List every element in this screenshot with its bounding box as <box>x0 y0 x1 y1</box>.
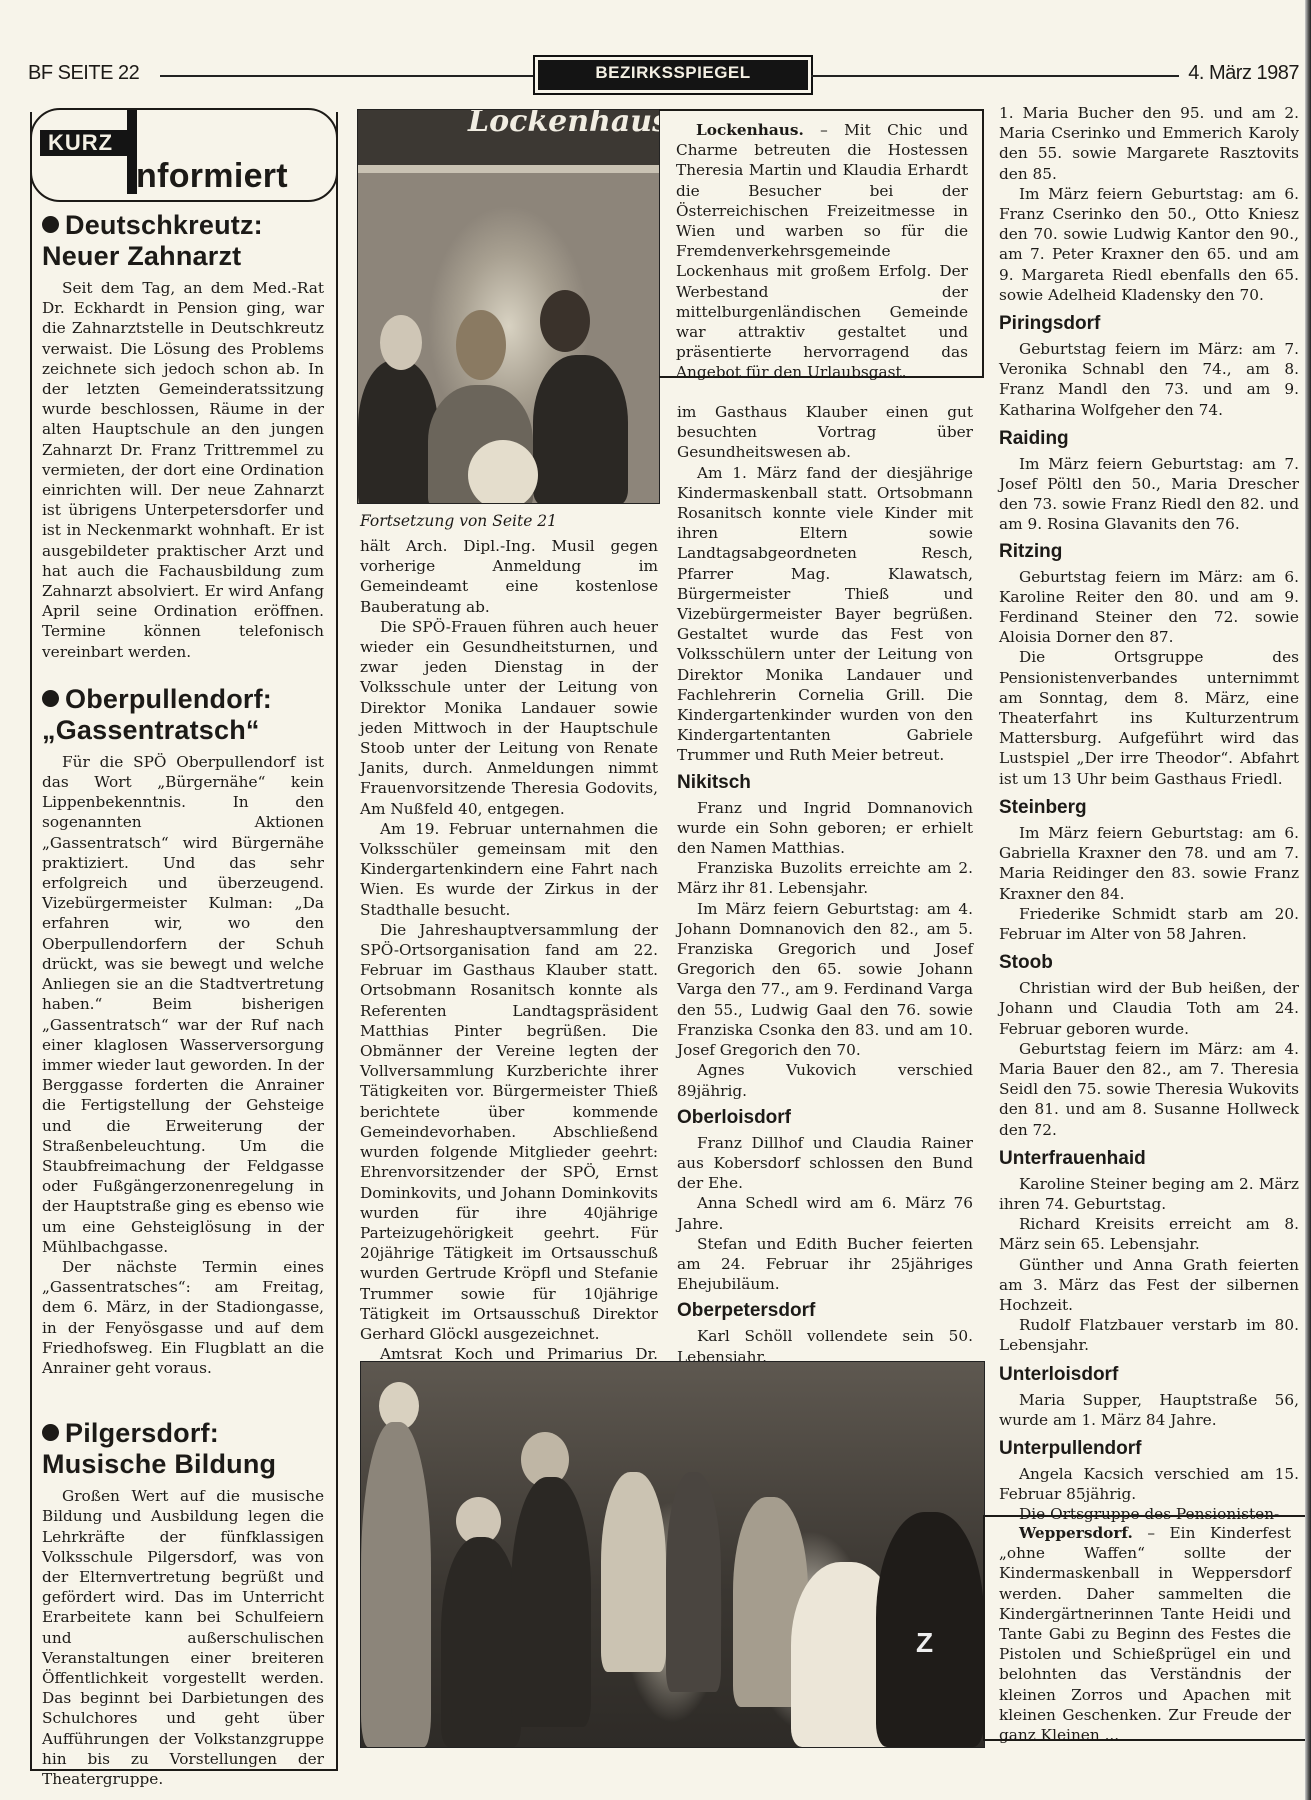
photo-kindermaskenball: Z <box>360 1361 985 1748</box>
place-heading: Unterfrauenhaid <box>999 1148 1299 1170</box>
place-heading: Unterpullendorf <box>999 1438 1299 1460</box>
column-4: 1. Maria Bucher den 95. und am 2. Maria … <box>999 103 1299 1525</box>
bullet-icon <box>42 1424 59 1441</box>
place-heading: Ritzing <box>999 541 1299 563</box>
photo-person-head <box>540 290 590 352</box>
photo-person-head <box>380 315 422 370</box>
photo-person <box>601 1472 666 1672</box>
section-stoob: Stoob Christian wird der Bub heißen, der… <box>999 952 1299 1140</box>
section-ritzing: Ritzing Geburtstag feiern im März: am 6.… <box>999 541 1299 789</box>
section-unterfrauenhaid: Unterfrauenhaid Karoline Steiner beging … <box>999 1148 1299 1356</box>
bullet-icon <box>42 216 59 233</box>
photo-sign-text: Lockenhaus <box>468 109 660 139</box>
place-heading: Nikitsch <box>677 772 973 794</box>
header-rule-left <box>160 75 533 77</box>
section-oberloisdorf: Oberloisdorf Franz Dillhof und Claudia R… <box>677 1107 973 1295</box>
section-nikitsch: Nikitsch Franz und Ingrid Domnanovich wu… <box>677 772 973 1101</box>
photo-person <box>441 1537 521 1747</box>
column-3: im Gasthaus Klauber einen gut besuchten … <box>677 402 973 1419</box>
place-heading: Stoob <box>999 952 1299 974</box>
photo-foreground-head <box>468 440 538 504</box>
place-heading: Raiding <box>999 428 1299 450</box>
zorro-z-mark: Z <box>916 1627 933 1659</box>
place-heading: Oberloisdorf <box>677 1107 973 1129</box>
photo-person <box>358 360 438 504</box>
article-oberpullendorf: Oberpullendorf: „Gassentratsch“ Für die … <box>42 684 324 1378</box>
header-rule-right <box>811 75 1179 77</box>
place-heading: Steinberg <box>999 797 1299 819</box>
article-headline: Oberpullendorf: „Gassentratsch“ <box>42 684 324 746</box>
section-oberpetersdorf: Oberpetersdorf Karl Schöll vollendete se… <box>677 1300 973 1366</box>
page-edge-shadow <box>1305 0 1311 1800</box>
kurz-title: nformiert <box>136 158 288 194</box>
section-raiding: Raiding Im März feiern Geburtstag: am 7.… <box>999 428 1299 535</box>
article-headline: Deutschkreutz: Neuer Zahnarzt <box>42 210 324 272</box>
article-pilgersdorf: Pilgersdorf: Musische Bildung Großen Wer… <box>42 1418 324 1789</box>
lockenhaus-caption: Lockenhaus. – Mit Chic und Charme betreu… <box>676 120 968 383</box>
photo-person <box>533 355 628 504</box>
column-2: Fortsetzung von Seite 21 hält Arch. Dipl… <box>360 512 658 1385</box>
photo-person-head <box>456 310 506 380</box>
masthead-title: BEZIRKSSPIEGEL <box>538 60 808 90</box>
article-deutschkreutz: Deutschkreutz: Neuer Zahnarzt Seit dem T… <box>42 210 324 662</box>
photo-person <box>511 1477 591 1727</box>
caption-lead: Lockenhaus. <box>696 121 804 139</box>
section-unterloisdorf: Unterloisdorf Maria Supper, Hauptstraße … <box>999 1364 1299 1430</box>
column-4-intro: 1. Maria Bucher den 95. und am 2. Maria … <box>999 103 1299 305</box>
page-number-label: BF SEITE 22 <box>28 62 139 85</box>
place-heading: Piringsdorf <box>999 313 1299 335</box>
section-piringsdorf: Piringsdorf Geburtstag feiern im März: a… <box>999 313 1299 420</box>
weppersdorf-caption: Weppersdorf. – Ein Kinderfest „ohne Waff… <box>999 1523 1291 1745</box>
photo-person <box>361 1422 431 1747</box>
photo-lockenhaus-booth: Lockenhaus <box>357 109 660 504</box>
caption-lead: Weppersdorf. <box>1019 1524 1133 1542</box>
bullet-icon <box>42 690 59 707</box>
section-steinberg: Steinberg Im März feiern Geburtstag: am … <box>999 797 1299 944</box>
place-heading: Unterloisdorf <box>999 1364 1299 1386</box>
issue-date: 4. März 1987 <box>1188 62 1299 85</box>
photo-person <box>666 1472 721 1692</box>
article-body: Seit dem Tag, an dem Med.-Rat Dr. Eckhar… <box>42 278 324 662</box>
kurz-label: KURZ <box>40 130 133 156</box>
masthead: BEZIRKSSPIEGEL <box>533 55 813 95</box>
column-3-intro: im Gasthaus Klauber einen gut besuchten … <box>677 402 973 766</box>
continued-from-note: Fortsetzung von Seite 21 <box>360 512 658 530</box>
left-articles: Deutschkreutz: Neuer Zahnarzt Seit dem T… <box>42 210 324 1789</box>
article-body: Großen Wert auf die musische Bildung und… <box>42 1486 324 1789</box>
place-heading: Oberpetersdorf <box>677 1300 973 1322</box>
section-unterpullendorf: Unterpullendorf Angela Kacsich verschied… <box>999 1438 1299 1525</box>
column-2-body: hält Arch. Dipl.-Ing. Musil gegen vorher… <box>360 536 658 1385</box>
weppersdorf-box-left-border <box>983 1515 985 1739</box>
article-body: Für die SPÖ Oberpullendorf ist das Wort … <box>42 752 324 1378</box>
article-headline: Pilgersdorf: Musische Bildung <box>42 1418 324 1480</box>
